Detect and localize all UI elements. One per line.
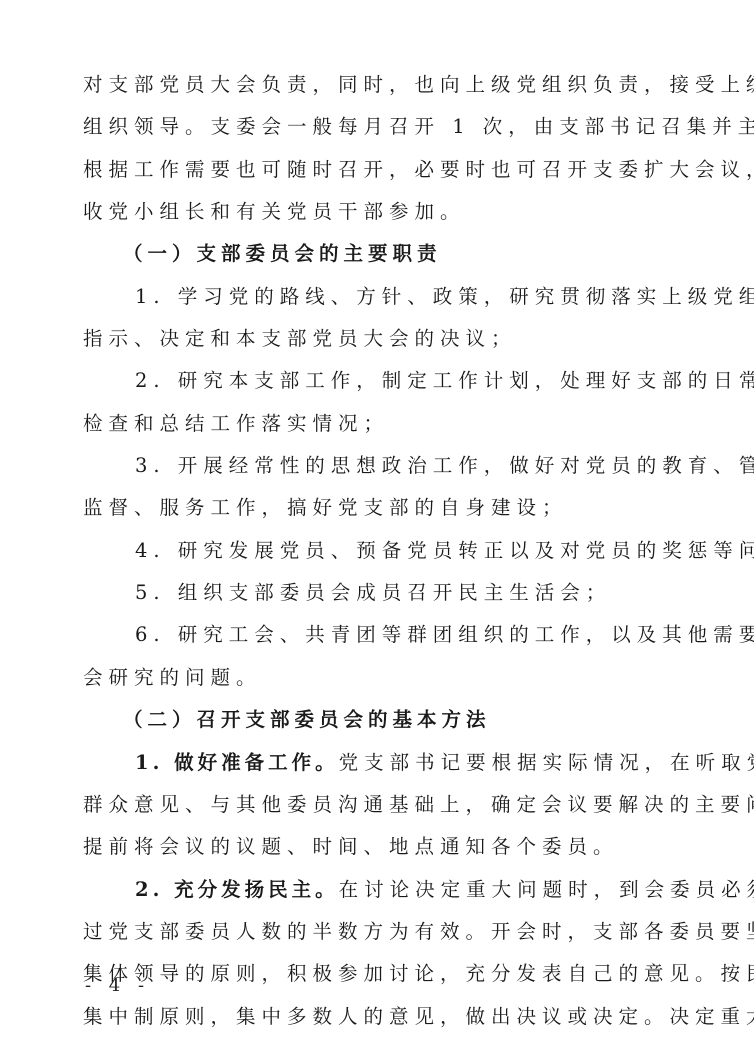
- page-number: - 4 -: [85, 975, 150, 996]
- list-item-4: 4. 研究发展党员、预备党员转正以及对党员的奖惩等问题；: [83, 530, 659, 572]
- method-item-2: 2. 充分发扬民主。在讨论决定重大问题时，到会委员必须超: [83, 869, 659, 911]
- body-text-line: 收党小组长和有关党员干部参加。: [83, 191, 659, 233]
- body-text-line: 对支部党员大会负责，同时，也向上级党组织负责，接受上级党: [83, 64, 659, 106]
- list-item-2: 2. 研究本支部工作，制定工作计划，处理好支部的日常事务，: [83, 360, 659, 402]
- list-item-5: 5. 组织支部委员会成员召开民主生活会；: [83, 572, 659, 614]
- list-item-2-cont: 检查和总结工作落实情况；: [83, 403, 659, 445]
- method-item-2-cont: 集中制原则，集中多数人的意见，做出决议或决定。决定重大事: [83, 996, 659, 1038]
- method-item-1-cont: 提前将会议的议题、时间、地点通知各个委员。: [83, 826, 659, 868]
- method-item-1: 1. 做好准备工作。党支部书记要根据实际情况，在听取党员: [83, 742, 659, 784]
- method-item-1-lead: 1. 做好准备工作。: [135, 751, 339, 774]
- list-item-3: 3. 开展经常性的思想政治工作，做好对党员的教育、管理、: [83, 445, 659, 487]
- method-item-2-cont: 集体领导的原则，积极参加讨论，充分发表自己的意见。按民主: [83, 953, 659, 995]
- method-item-2-text: 在讨论决定重大问题时，到会委员必须超: [339, 878, 754, 901]
- method-item-2-lead: 2. 充分发扬民主。: [135, 878, 339, 901]
- section-heading-1: （一）支部委员会的主要职责: [83, 233, 659, 275]
- list-item-3-cont: 监督、服务工作，搞好党支部的自身建设；: [83, 487, 659, 529]
- body-text-line: 根据工作需要也可随时召开，必要时也可召开支委扩大会议，吸: [83, 149, 659, 191]
- method-item-2-cont: 过党支部委员人数的半数方为有效。开会时，支部各委员要坚持: [83, 911, 659, 953]
- list-item-6: 6. 研究工会、共青团等群团组织的工作，以及其他需要支委: [83, 614, 659, 656]
- body-text-line: 组织领导。支委会一般每月召开 1 次，由支部书记召集并主持。: [83, 106, 659, 148]
- document-page: 对支部党员大会负责，同时，也向上级党组织负责，接受上级党 组织领导。支委会一般每…: [83, 64, 659, 1038]
- method-item-1-cont: 群众意见、与其他委员沟通基础上，确定会议要解决的主要问题，: [83, 784, 659, 826]
- list-item-6-cont: 会研究的问题。: [83, 657, 659, 699]
- list-item-1-cont: 指示、决定和本支部党员大会的决议；: [83, 318, 659, 360]
- method-item-1-text: 党支部书记要根据实际情况，在听取党员: [339, 751, 754, 774]
- section-heading-2: （二）召开支部委员会的基本方法: [83, 699, 659, 741]
- list-item-1: 1. 学习党的路线、方针、政策，研究贯彻落实上级党组织的: [83, 276, 659, 318]
